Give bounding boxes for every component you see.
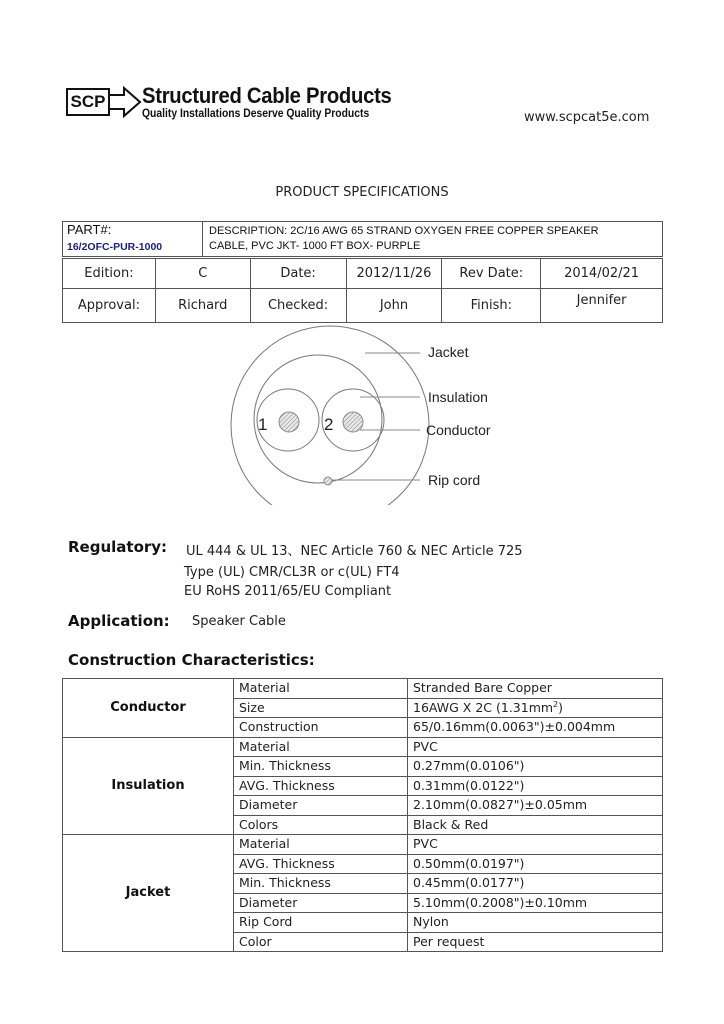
logo-arrow-icon [108, 86, 142, 118]
part-table: PART#: 16/2OFC-PUR-1000 DESCRIPTION: 2C/… [62, 221, 663, 257]
value-cell: 5.10mm(0.2008")±0.10mm [408, 893, 663, 913]
table-row: ConductorMaterialStranded Bare Copper [63, 679, 663, 699]
property-cell: Material [234, 835, 408, 855]
table-row: InsulationMaterialPVC [63, 737, 663, 757]
jacket-label: Jacket [428, 344, 468, 360]
date-label: Date: [250, 259, 346, 289]
property-cell: AVG. Thickness [234, 854, 408, 874]
property-cell: Rip Cord [234, 913, 408, 933]
regulatory-line-1: UL 444 & UL 13、NEC Article 760 & NEC Art… [186, 540, 523, 559]
property-cell: Material [234, 737, 408, 757]
checked-value: John [346, 289, 442, 323]
regulatory-heading: Regulatory: [68, 538, 167, 556]
conductor-1-number: 1 [258, 415, 267, 434]
value-cell: Black & Red [408, 815, 663, 835]
conductor-label: Conductor [426, 422, 491, 438]
insulation-label: Insulation [428, 389, 488, 405]
value-cell: Stranded Bare Copper [408, 679, 663, 699]
property-cell: Min. Thickness [234, 757, 408, 777]
approval-value: Richard [155, 289, 250, 323]
document-title: PRODUCT SPECIFICATIONS [0, 185, 724, 200]
table-row: JacketMaterialPVC [63, 835, 663, 855]
description-line-1: DESCRIPTION: 2C/16 AWG 65 STRAND OXYGEN … [209, 224, 656, 239]
property-cell: AVG. Thickness [234, 776, 408, 796]
value-cell: 16AWG X 2C (1.31mm2) [408, 698, 663, 718]
company-tagline: Quality Installations Deserve Quality Pr… [142, 108, 369, 120]
value-cell: PVC [408, 835, 663, 855]
website-link[interactable]: www.scpcat5e.com [524, 110, 649, 125]
part-number: 16/2OFC-PUR-1000 [67, 241, 202, 253]
finish-label: Finish: [442, 289, 541, 323]
property-cell: Color [234, 932, 408, 952]
value-text: 16AWG X 2C (1.31mm [413, 700, 553, 715]
value-cell: 2.10mm(0.0827")±0.05mm [408, 796, 663, 816]
description-line-2: CABLE, PVC JKT- 1000 FT BOX- PURPLE [209, 239, 656, 254]
regulatory-line-3: EU RoHS 2011/65/EU Compliant [184, 584, 391, 599]
group-cell: Insulation [63, 737, 234, 835]
value-cell: 0.45mm(0.0177") [408, 874, 663, 894]
value-cell: Per request [408, 932, 663, 952]
rip-cord-label: Rip cord [428, 472, 480, 488]
property-cell: Construction [234, 718, 408, 738]
table-row: Edition: C Date: 2012/11/26 Rev Date: 20… [63, 259, 663, 289]
date-value: 2012/11/26 [346, 259, 442, 289]
company-name: Structured Cable Products [142, 85, 392, 107]
rip-cord-circle [324, 477, 332, 485]
rev-date-label: Rev Date: [442, 259, 541, 289]
revision-table: Edition: C Date: 2012/11/26 Rev Date: 20… [62, 258, 663, 323]
table-row: Approval: Richard Checked: John Finish: … [63, 289, 663, 323]
property-cell: Material [234, 679, 408, 699]
part-label: PART#: [67, 223, 202, 237]
regulatory-line-2: Type (UL) CMR/CL3R or c(UL) FT4 [184, 565, 400, 580]
group-cell: Conductor [63, 679, 234, 738]
edition-label: Edition: [63, 259, 156, 289]
logo-badge: SCP [66, 88, 110, 116]
group-cell: Jacket [63, 835, 234, 952]
construction-heading: Construction Characteristics: [68, 651, 315, 669]
description-cell: DESCRIPTION: 2C/16 AWG 65 STRAND OXYGEN … [203, 222, 663, 257]
value-cell: PVC [408, 737, 663, 757]
conductor-2-number: 2 [324, 415, 333, 434]
application-value: Speaker Cable [192, 614, 286, 629]
checked-label: Checked: [250, 289, 346, 323]
approval-label: Approval: [63, 289, 156, 323]
edition-value: C [155, 259, 250, 289]
application-heading: Application: [68, 612, 170, 630]
property-cell: Diameter [234, 893, 408, 913]
construction-table: ConductorMaterialStranded Bare CopperSiz… [62, 678, 663, 952]
value-cell: 0.50mm(0.0197") [408, 854, 663, 874]
conductor-2-circle [343, 412, 363, 432]
finish-value: Jennifer [541, 289, 663, 323]
conductor-1-circle [279, 412, 299, 432]
value-cell: 65/0.16mm(0.0063")±0.004mm [408, 718, 663, 738]
property-cell: Diameter [234, 796, 408, 816]
rev-date-value: 2014/02/21 [541, 259, 663, 289]
property-cell: Min. Thickness [234, 874, 408, 894]
value-cell: Nylon [408, 913, 663, 933]
value-cell: 0.27mm(0.0106") [408, 757, 663, 777]
property-cell: Colors [234, 815, 408, 835]
value-cell: 0.31mm(0.0122") [408, 776, 663, 796]
property-cell: Size [234, 698, 408, 718]
part-cell: PART#: 16/2OFC-PUR-1000 [63, 222, 203, 257]
value-suffix: ) [558, 700, 563, 715]
